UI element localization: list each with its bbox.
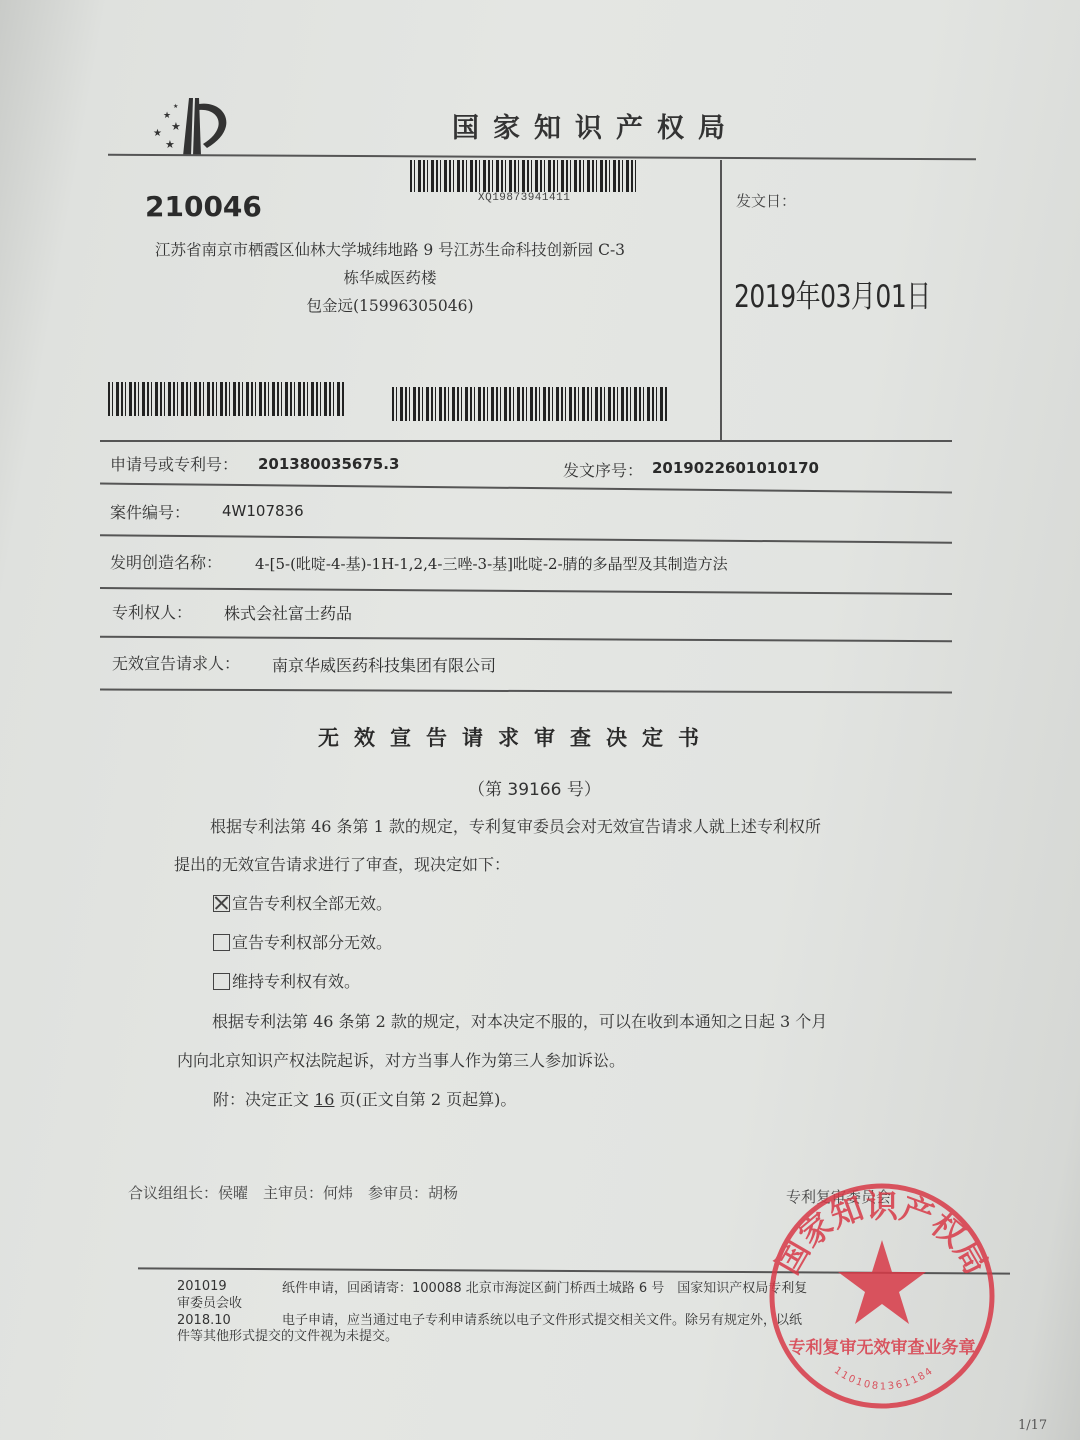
option-invalidate-partial[interactable]: 宣告专利权部分无效。 [213, 923, 392, 963]
svg-text:★: ★ [173, 103, 178, 110]
barcode-top [410, 160, 638, 192]
checkbox-checked[interactable] [213, 895, 230, 912]
row-divider [100, 587, 952, 595]
para1-line1: 根据专利法第 46 条第 1 款的规定，专利复审委员会对无效宣告请求人就上述专利… [210, 807, 821, 847]
attachment-prefix: 附：决定正文 [213, 1090, 314, 1109]
official-seal-icon: 国家知识产权局 专利复审无效审查业务章 1101081361184 [764, 1178, 1000, 1414]
case-no-label: 案件编号： [110, 500, 190, 523]
decision-number: （第 39166 号） [468, 775, 601, 800]
petitioner: 南京华威医药科技集团有限公司 [272, 653, 496, 676]
barcode-right [392, 387, 668, 421]
attachment-note: 附：决定正文 16 页(正文自第 2 页起算)。 [213, 1080, 516, 1120]
address-line-2: 栋华威医药楼 [110, 264, 670, 292]
page-number: 1/17 [1018, 1418, 1047, 1433]
row-divider [100, 689, 952, 694]
case-no: 4W107836 [222, 502, 304, 520]
footer-line-1: 纸件申请，回函请寄：100088 北京市海淀区蓟门桥西土城路 6 号 国家知识产… [282, 1280, 807, 1297]
address-line-1: 江苏省南京市栖霞区仙林大学城纬地路 9 号江苏生命科技创新园 C-3 [110, 236, 670, 264]
row-divider [100, 534, 952, 543]
petitioner-label: 无效宣告请求人： [112, 651, 240, 674]
postcode: 210046 [145, 190, 262, 223]
svg-text:1101081361184: 1101081361184 [832, 1365, 936, 1392]
application-no-label: 申请号或专利号： [110, 452, 238, 475]
footer-code-2: 2018.10 [177, 1312, 231, 1329]
svg-text:★: ★ [153, 128, 162, 139]
svg-text:★: ★ [163, 111, 171, 121]
svg-text:★: ★ [165, 138, 175, 151]
checkbox-unchecked[interactable] [213, 973, 230, 990]
row-divider [100, 636, 952, 642]
issue-date: 2019年03月01日 [734, 272, 931, 317]
agency-name: 国家知识产权局 [452, 106, 739, 145]
patentee-label: 专利权人： [112, 600, 192, 623]
invention-title: 4-[5-(吡啶-4-基)-1H-1,2,4-三唑-3-基]吡啶-2-腈的多晶型… [255, 553, 728, 574]
barcode-left [108, 382, 344, 416]
footer-code-1: 201019 [177, 1278, 227, 1295]
serial-no: 2019022601010170 [652, 459, 819, 477]
serial-no-label: 发文序号： [563, 458, 643, 481]
svg-text:★: ★ [171, 120, 181, 133]
date-column-divider [720, 160, 722, 440]
footer-line-2: 电子申请，应当通过电子专利申请系统以电子文件形式提交相关文件。除另有规定外，以纸 [282, 1312, 802, 1329]
application-no: 201380035675.3 [258, 455, 399, 473]
invention-title-label: 发明创造名称： [110, 550, 222, 573]
option-maintain-valid[interactable]: 维持专利权有效。 [213, 962, 360, 1002]
recipient-name: 包金远(15996305046) [110, 292, 670, 320]
row-divider [100, 440, 952, 442]
option-label: 宣告专利权全部无效。 [232, 894, 392, 913]
attachment-suffix: 页(正文自第 2 页起算)。 [334, 1090, 516, 1109]
issue-date-label: 发文日： [736, 190, 796, 211]
para2-line2: 内向北京知识产权法院起诉，对方当事人作为第三人参加诉讼。 [177, 1041, 625, 1081]
footer-line-1-cont: 审委员会收 [177, 1295, 242, 1312]
review-panel: 合议组组长：侯曜 主审员：何炜 参审员：胡杨 [128, 1182, 458, 1203]
para1-line2: 提出的无效宣告请求进行了审查，现决定如下： [174, 845, 510, 885]
attachment-pages: 16 [314, 1090, 334, 1109]
option-invalidate-all[interactable]: 宣告专利权全部无效。 [213, 884, 392, 924]
patentee: 株式会社富士药品 [224, 601, 352, 624]
checkbox-unchecked[interactable] [213, 934, 230, 951]
decision-title: 无效宣告请求审查决定书 [318, 722, 714, 752]
option-label: 维持专利权有效。 [232, 972, 360, 991]
row-divider [100, 483, 952, 494]
barcode-number: XQ19873941411 [478, 192, 570, 204]
svg-text:专利复审无效审查业务章: 专利复审无效审查业务章 [789, 1337, 976, 1358]
cnipa-logo-icon: ★ ★ ★ ★ ★ [145, 92, 235, 162]
para2-line1: 根据专利法第 46 条第 2 款的规定，对本决定不服的，可以在收到本通知之日起 … [212, 1002, 827, 1042]
option-label: 宣告专利权部分无效。 [232, 933, 392, 952]
footer-line-2-cont: 件等其他形式提交的文件视为未提交。 [177, 1328, 398, 1345]
recipient-address: 江苏省南京市栖霞区仙林大学城纬地路 9 号江苏生命科技创新园 C-3 栋华威医药… [110, 236, 670, 320]
